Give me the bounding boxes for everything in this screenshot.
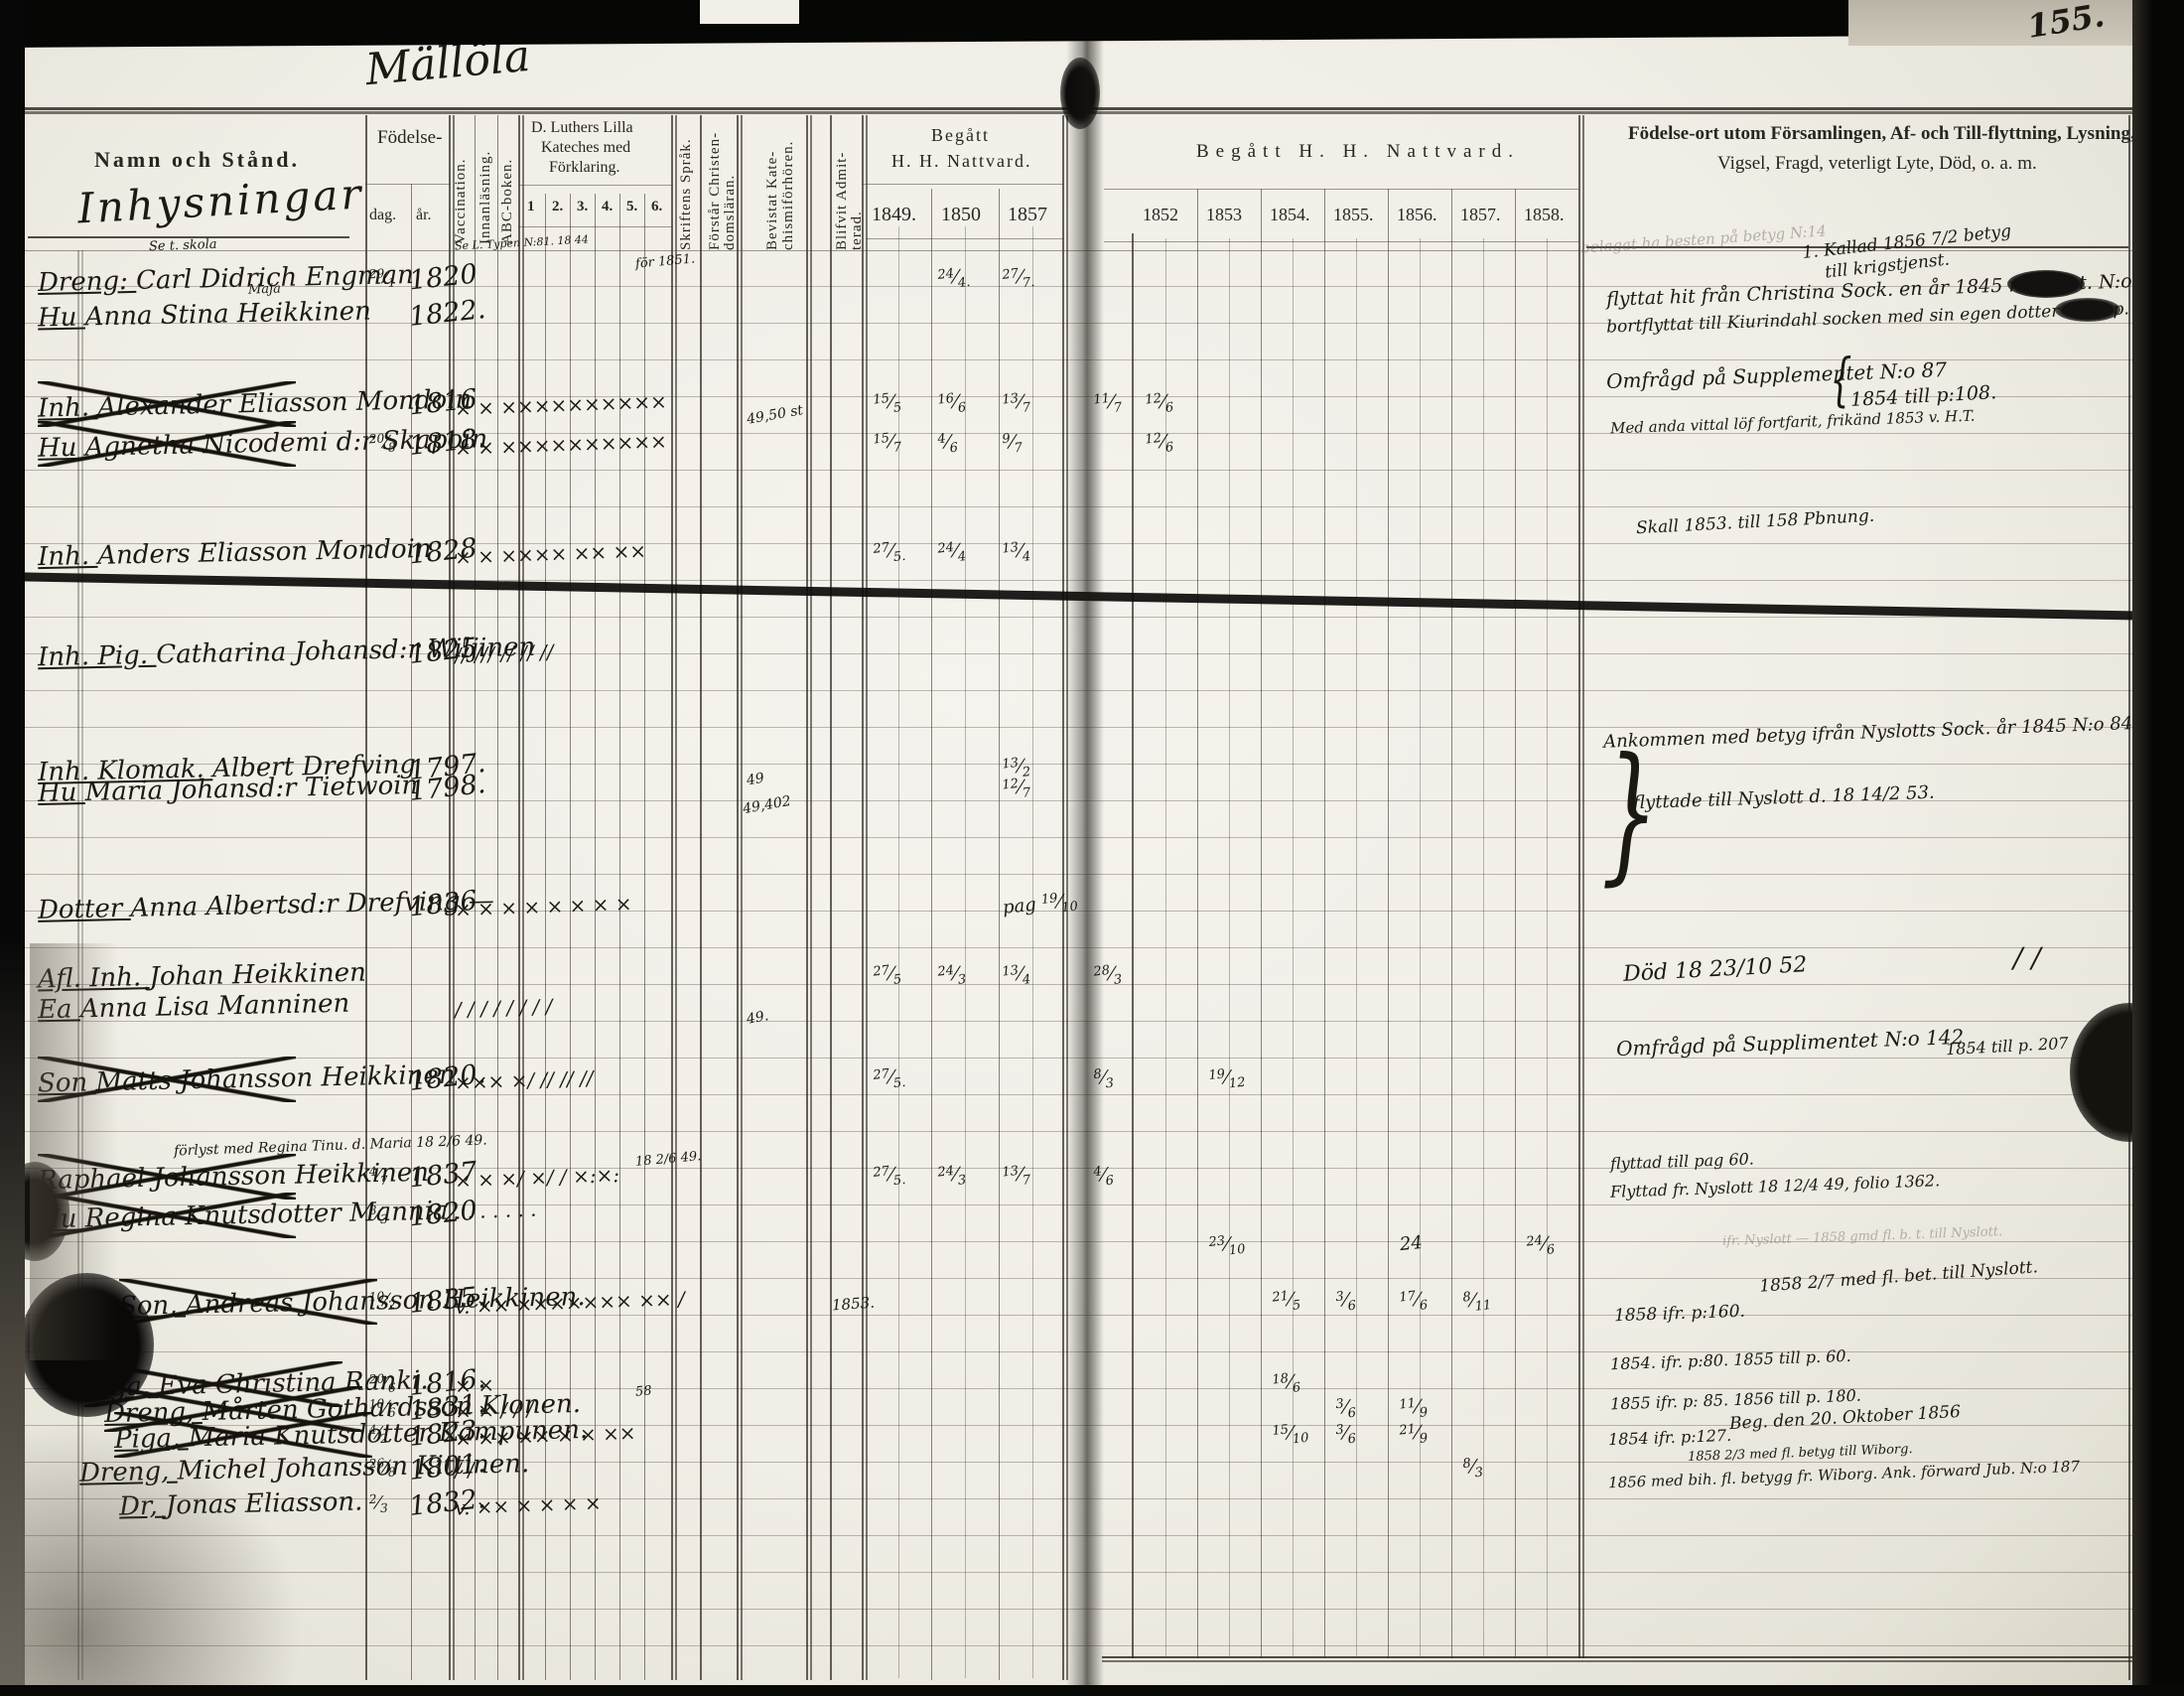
- parish-register-scan: Namn och Stånd. Inhysningar Födelse- dag…: [0, 0, 2184, 1696]
- nattvard-entry: 24: [1399, 1232, 1424, 1255]
- nattvard-entry: 13⁄4: [1002, 539, 1031, 567]
- nattvard-entry: 15⁄10: [1272, 1420, 1309, 1449]
- kateches-underline: [518, 226, 673, 227]
- nattvard-entry: 8⁄3: [1462, 1455, 1484, 1482]
- birth-day: 8⁄3: [368, 1201, 388, 1226]
- col-header-kateches-2: Kateches med: [541, 139, 630, 157]
- nattvard-entry: 15⁄5: [873, 390, 902, 418]
- page-edge-line: [2128, 115, 2130, 1680]
- nattvard-entry: 12⁄6: [1145, 430, 1174, 458]
- year-divider: [999, 189, 1000, 1680]
- year-label: 1850: [941, 204, 981, 226]
- nattvard-entry: 24⁄3: [937, 1163, 967, 1191]
- nattvard-entry: 13⁄7: [1002, 390, 1031, 418]
- col-header-vaccination: Vaccination.: [453, 121, 470, 244]
- nattvard-entry: 12⁄7: [1002, 776, 1031, 803]
- nattvard-entry: 3⁄6: [1335, 1421, 1357, 1448]
- nattvard-entry: 16⁄6: [937, 390, 967, 418]
- birth-day: 26⁄8: [368, 1455, 396, 1481]
- col-line: [671, 115, 673, 1680]
- half-divider: [1229, 238, 1230, 1656]
- birth-day: 10⁄6: [368, 1395, 396, 1421]
- remarks-header-1: Födelse-ort utom Församlingen, Af- och T…: [1628, 123, 2135, 145]
- half-divider: [965, 226, 966, 1678]
- nattvard-divider: [1104, 189, 1578, 190]
- remarks-header-2: Vigsel, Fragd, veterligt Lyte, Död, o. a…: [1717, 153, 2037, 175]
- year-divider: [1515, 189, 1516, 1658]
- nattvard-left-label-2: H. H. Nattvard.: [891, 151, 1031, 172]
- col-header-blifvit-2: terad.: [849, 121, 866, 250]
- row-note: Maja: [248, 281, 281, 297]
- half-divider: [1483, 238, 1484, 1656]
- lesson-marks: ∕ ∕: [455, 1458, 476, 1483]
- scan-border-right: [2132, 0, 2184, 1696]
- birth-day: 20⁄8: [368, 430, 396, 456]
- kateches-subcol: 2.: [552, 199, 563, 215]
- nattvard-entry: 19⁄12: [1208, 1064, 1246, 1093]
- col-header-abc: ABC-boken.: [499, 121, 516, 244]
- smudge: [25, 1420, 303, 1688]
- lesson-marks: ××× ×∕ ∕∕ ∕∕ ∕∕: [455, 1066, 594, 1095]
- kateches-divider: [518, 185, 673, 186]
- col-line: [619, 194, 620, 1680]
- remark-note: }: [1601, 727, 1658, 900]
- nattvard-entry: 18⁄6: [1272, 1370, 1301, 1398]
- year-label: 1855.: [1333, 205, 1374, 225]
- col-header-forstar-2: domsläran.: [722, 121, 739, 250]
- year-label: 1857: [1008, 204, 1047, 226]
- scan-notch: [700, 0, 799, 24]
- year-label: 1849.: [872, 204, 916, 226]
- col-header-bevistat-2: chismiförhören.: [780, 121, 797, 250]
- lesson-marks: v. ×× × × × ×: [455, 1490, 602, 1519]
- nattvard-entry: 21⁄9: [1399, 1421, 1429, 1449]
- nattvard-entry: 21⁄5: [1272, 1288, 1301, 1316]
- bevistat-note: 49: [746, 771, 765, 789]
- bottom-rule: [1102, 1656, 2132, 1658]
- half-divider: [1547, 238, 1548, 1656]
- kateches-subcol: 3.: [577, 199, 588, 215]
- year-label: 1854.: [1270, 205, 1310, 225]
- col-line: [806, 115, 808, 1680]
- ink-scribble: [2055, 298, 2120, 322]
- year-divider: [1197, 189, 1198, 1658]
- year-divider: [1388, 189, 1389, 1658]
- year-label: 1857.: [1460, 205, 1501, 225]
- scan-border-bottom: [0, 1685, 2184, 1696]
- year-divider: [1261, 189, 1262, 1658]
- strike-mark: [119, 1279, 377, 1325]
- strike-mark: [38, 421, 296, 467]
- year-label: 1858.: [1524, 205, 1565, 225]
- col-header-ar: år.: [416, 207, 432, 224]
- col-header-dag: dag.: [369, 207, 396, 224]
- col-header-fodelse: Födelse-: [377, 127, 442, 149]
- admitted-year: 1853.: [831, 1294, 875, 1315]
- nattvard-entry: 24⁄6: [1526, 1232, 1556, 1260]
- nattvard-entry: 8⁄11: [1462, 1288, 1492, 1316]
- col-line: [700, 115, 702, 1680]
- half-divider: [1032, 226, 1033, 1678]
- smudge: [30, 943, 119, 1360]
- scan-border-left: [0, 0, 25, 1696]
- lesson-marks: · · · · · · ·: [455, 1203, 537, 1230]
- nattvard-entry: 15⁄7: [873, 430, 902, 458]
- remark-note: ∕ ∕: [2013, 941, 2041, 974]
- year-divider: [931, 189, 932, 1680]
- nattvard-entry: 17⁄6: [1399, 1288, 1429, 1316]
- lesson-marks: ∕∕ ∕∕∕ ∕∕ ∕∕ ∕∕: [455, 639, 554, 666]
- col-header-bevistat-1: Bevistat Kate-: [764, 121, 781, 250]
- year-divider: [1324, 189, 1325, 1658]
- binding-fold: [1066, 0, 1104, 1696]
- skrift-note: 58: [634, 1383, 652, 1399]
- nattvard-entry: 24⁄4.: [937, 264, 971, 293]
- lesson-marks: ∕ ∕ ∕ ∕ ∕ ∕ ∕ ∕: [455, 994, 553, 1021]
- col-line: [862, 115, 864, 1680]
- kateches-subcol: 5.: [626, 199, 637, 215]
- nattvard-entry: 9⁄7: [1002, 430, 1024, 457]
- nattvard-entry: 11⁄9: [1399, 1395, 1429, 1423]
- kateches-subcol: 6.: [651, 199, 662, 215]
- year-divider: [1451, 189, 1452, 1658]
- nattvard-entry: 27⁄7.: [1002, 264, 1035, 293]
- col-header-innanlasning: Innanläsning.: [478, 121, 494, 244]
- years-underline: [866, 238, 1064, 239]
- years-underline: [1104, 241, 1578, 242]
- row-note: Se t. skola: [149, 237, 217, 254]
- col-line: [644, 194, 645, 1680]
- col-header-skriftens: Skriftens Språk.: [678, 121, 695, 250]
- nattvard-entry: 27⁄5.: [873, 1162, 906, 1191]
- nattvard-entry: 27⁄5: [873, 962, 902, 990]
- nattvard-entry: 24⁄4: [937, 539, 967, 567]
- year-label: 1853: [1206, 205, 1242, 225]
- nattvard-entry: 27⁄5.: [873, 538, 906, 567]
- col-line: [1132, 233, 1134, 1658]
- nattvard-entry: 13⁄7: [1002, 1163, 1031, 1191]
- nattvard-divider: [862, 184, 1064, 185]
- nattvard-entry: 23⁄10: [1208, 1231, 1246, 1260]
- nattvard-left-label-1: Begått: [931, 125, 990, 146]
- birth-day: 20⁄6: [368, 1370, 396, 1396]
- kateches-subcol: 4.: [602, 199, 613, 215]
- nattvard-entry: 13⁄4: [1002, 962, 1031, 990]
- year-label: 1856.: [1397, 205, 1437, 225]
- nattvard-right-label: Begått H. H. Nattvard.: [1196, 141, 1520, 163]
- ink-scribble: [2007, 270, 2085, 298]
- birth-day: 29⁄1: [368, 265, 396, 291]
- fodelse-divider: [365, 184, 451, 185]
- nattvard-entry: 12⁄6: [1145, 390, 1174, 418]
- remark-note: {: [1830, 346, 1851, 413]
- col-line: [737, 115, 739, 1680]
- nattvard-entry: 24⁄3: [937, 962, 967, 990]
- nattvard-entry: 3⁄6: [1335, 1395, 1357, 1422]
- nattvard-entry: 4⁄6: [937, 430, 959, 457]
- col-header-kateches-3: Förklaring.: [549, 159, 620, 177]
- nattvard-entry: 27⁄5.: [873, 1064, 906, 1093]
- col-line: [595, 194, 596, 1680]
- col-line: [1578, 115, 1580, 1658]
- col-line: [830, 115, 832, 1680]
- birth-day: 2⁄3: [368, 1490, 388, 1515]
- col-header-namn: Namn och Stånd.: [94, 147, 300, 173]
- col-header-kateches-1: D. Luthers Lilla: [531, 119, 633, 137]
- birth-day: 4⁄7: [368, 1163, 388, 1188]
- year-label: 1852: [1143, 205, 1178, 225]
- nattvard-entry: 3⁄6: [1335, 1288, 1357, 1315]
- kateches-subcol: 1: [527, 199, 535, 215]
